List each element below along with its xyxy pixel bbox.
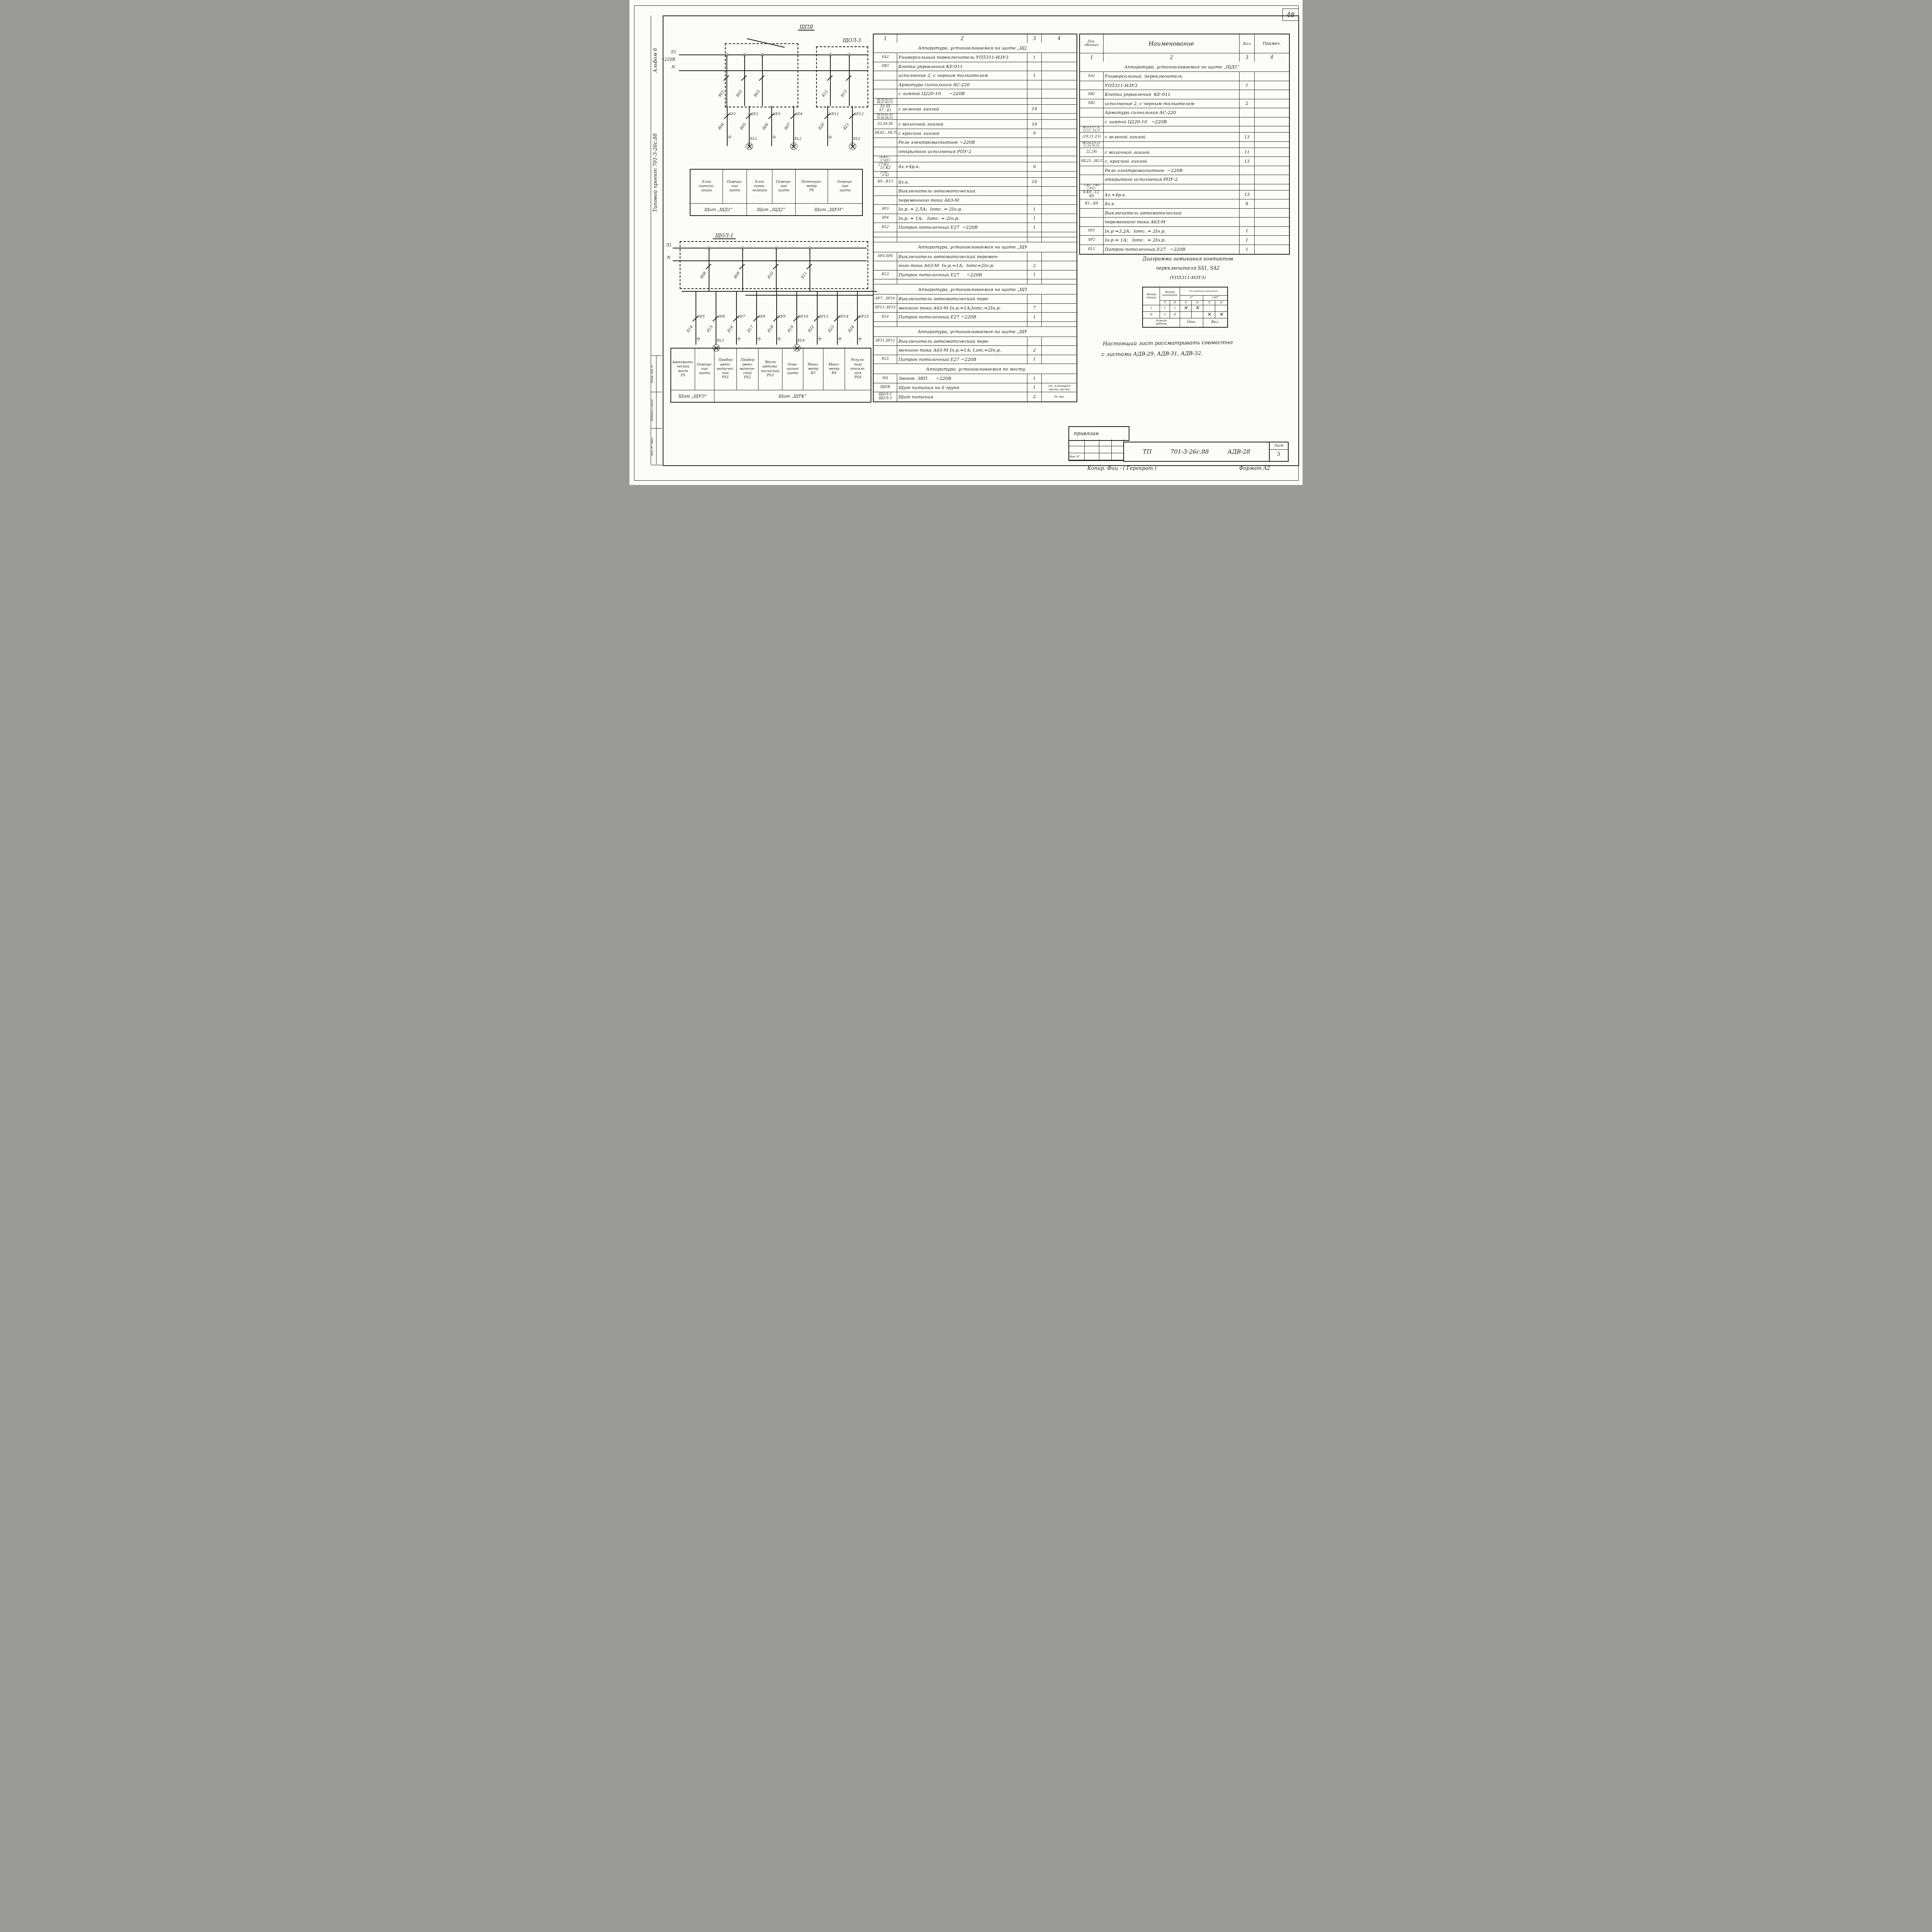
item-description: с молочной линзой xyxy=(898,121,943,127)
table-row: EL4 Патрон потолочный Е27 ~220В 1 xyxy=(874,313,1077,322)
item-designation: HL39,41,43, 45,46,48,50, xyxy=(877,114,893,119)
item-description: Щит питания xyxy=(898,394,933,400)
item-designation: SF2 xyxy=(1088,238,1095,242)
item-description: с, красной линзой xyxy=(1105,158,1147,164)
wire xyxy=(744,54,745,106)
breaker-label: SF13 xyxy=(819,315,828,319)
hdr-position: Положение рукоятки xyxy=(1180,287,1227,296)
note-line-2: с листами АДВ-29, АДВ-31, АДВ-32. xyxy=(1102,350,1203,358)
item-quantity: 1 xyxy=(1033,376,1036,381)
neutral-label: N xyxy=(857,337,863,342)
lp-cell: Л xyxy=(1160,301,1170,305)
table-row: SF13..SF15 менного тока А63-М Iн.р.=1А;I… xyxy=(874,304,1077,313)
panel-footer-row: Щит „ЩД1” Щит „ЩД2” Щит „ЩУН” xyxy=(690,204,862,215)
item-description: Универсальный переключатель xyxy=(1105,73,1182,79)
item-description: Выключатель автоматический xyxy=(898,188,975,194)
table-row xyxy=(874,232,1077,237)
mode-on: Вкл. xyxy=(1203,318,1227,327)
column-number-row: 1 2 3 4 xyxy=(874,34,1077,43)
item-description: Аппаратура, устанавливаемая на щите „ЩД2… xyxy=(897,45,1027,51)
contact-number: 1 xyxy=(1160,305,1170,312)
neutral-label: N xyxy=(817,337,823,342)
format-note: Формат А2 xyxy=(1239,466,1270,471)
item-designation: 53,55 57...61 xyxy=(879,105,891,112)
title-block-grid: Инв. N° xyxy=(1068,439,1124,461)
wire-number: 810 xyxy=(767,271,775,280)
item-quantity: 2 xyxy=(1033,263,1036,268)
wire xyxy=(727,106,728,146)
wire-number: 821 xyxy=(843,122,850,131)
item-quantity: 10 xyxy=(1032,122,1037,127)
item-designation: 14-К11... 17-К11 xyxy=(879,156,891,162)
feeders-shpya: 801 802 803 xyxy=(721,54,769,106)
item-designation: 27-К1... 31-К1 xyxy=(880,172,890,177)
table-row: открытого исполнения РПУ-2 xyxy=(874,147,1077,156)
bus-label-l1: Л1 xyxy=(670,50,676,54)
table-row: 14-К11... 17-К11 xyxy=(874,156,1077,162)
lamp-label: EL3 xyxy=(717,339,724,343)
wire xyxy=(849,54,850,106)
attached-label: привязан xyxy=(1074,431,1099,437)
neutral-label: N xyxy=(837,337,843,342)
item-description: 4з.+4р.к. xyxy=(1105,192,1126,197)
table-row: HL62...HL70 с красной линзой 9 xyxy=(874,129,1077,138)
item-quantity: 13 xyxy=(1244,159,1250,164)
table-row: HL1(3,5,7,9), 11,13...15,17 xyxy=(1080,126,1289,133)
table-row: (19,21,23) с зеленой линзой 13 xyxy=(1080,133,1289,142)
item-description: Арматура сигнальная АС-220 xyxy=(898,82,970,87)
doc-code: АДВ-28 xyxy=(1228,448,1250,455)
item-quantity: 13 xyxy=(1244,134,1250,139)
lamp-group: EL1 xyxy=(743,140,760,153)
table-row: ЩПЯ Щит питания на 6 групп 1 см. электри… xyxy=(874,383,1077,393)
item-description: Аппаратура, устанавливаемая по месту xyxy=(897,366,1027,372)
table-row: Аппаратура, устанавливаемая по месту xyxy=(874,364,1077,374)
breaker-label: SF9 xyxy=(778,315,786,319)
lp-cell: П xyxy=(1192,301,1203,305)
panel-column-header: Регуля- тор отопле- ния PS4 xyxy=(845,349,871,390)
table-row: SB2 исполнение 2, с черным толкателем 2 xyxy=(1080,99,1289,109)
item-designation: 27-К2... 31-К2 xyxy=(878,163,892,170)
table-row: открытого исполнения РПУ-2 xyxy=(1080,175,1289,184)
item-description: Iн.р = 1А; Iотс. = 2Iн.р. xyxy=(1105,237,1166,243)
lamp-group: EL2 xyxy=(788,140,805,153)
item-designation: EL4 xyxy=(882,315,889,319)
item-quantity: 1 xyxy=(1033,225,1036,230)
table-row xyxy=(874,322,1077,327)
hdr-section: Номер секции xyxy=(1143,287,1160,305)
item-quantity: 10 xyxy=(1032,179,1037,184)
panel-column-header: Освеще- ние щита xyxy=(723,170,747,204)
contact-diagram-title-3: (УП5311-И3У3) xyxy=(1114,275,1261,280)
item-description: Патрон потолочный Е27 ~220В xyxy=(898,357,976,362)
panel-column-header: Мано- метр В4 xyxy=(823,349,845,390)
item-designation: EL3 xyxy=(882,272,889,276)
item-description: Патрон потолочный Е27 ~220В xyxy=(898,224,978,230)
bus-label-n: N xyxy=(667,255,670,260)
item-description: Арматура сигнальная АС-220 xyxy=(1105,110,1176,115)
wire-number: 809 xyxy=(733,271,741,280)
item-description: Щит питания на 6 групп xyxy=(898,385,959,390)
table-row: SF4 Iн.р. = 1А; Iотс. = 2Iн.р. 1 xyxy=(874,214,1077,223)
item-description: Аппаратура, устанавливаемая на щите „ЩТК… xyxy=(897,287,1027,292)
project-label: Типовой проект 701-3-26с.88 xyxy=(653,101,661,244)
circuit-branch: SF12 821 EL5 xyxy=(846,106,864,157)
wire-number: 802 xyxy=(736,90,743,98)
panel-name: Щит „ЩУЭ” xyxy=(671,390,714,402)
branches-shol3: SF11 820 N SF12 821 EL5 xyxy=(821,106,864,157)
neutral-label: N xyxy=(696,337,701,342)
item-description: Реле электромагнитное ~220В xyxy=(1105,168,1183,173)
item-designation: SB1 xyxy=(1088,92,1095,96)
item-designation: ЩПЯ xyxy=(880,385,890,389)
panel-label-shol3: ЩОЛ-3 xyxy=(843,37,861,43)
wire xyxy=(830,54,831,106)
bom-table-right: Поз. обознач Наименование Кол Примеч. 1 … xyxy=(1079,34,1290,255)
divider xyxy=(656,429,656,464)
panel-column-header: Мано- метр В3 xyxy=(803,349,823,390)
lamp-icon xyxy=(746,143,753,150)
table-row xyxy=(874,237,1077,242)
panel-label-shol1: ЩОЛ-1 xyxy=(713,233,736,239)
panel-column-header: Блок сигна- лизации xyxy=(747,170,772,204)
wire-number: 805 xyxy=(740,122,747,131)
table-row: 27-К1... 31-К1 xyxy=(874,172,1077,178)
page-number: 48 xyxy=(1287,11,1294,19)
contact-diagram-title-1: Диаграмма замыкания контактов xyxy=(1114,256,1261,262)
contact-diagram-table: Номер секции Номер контакта Положение ру… xyxy=(1142,287,1228,328)
panel-assignment-table-top: Блок сигнали- зацииОсвеще- ние щитаБлок … xyxy=(690,169,863,216)
contact-diagram-title-2: переключателя SA1, SA2 xyxy=(1114,265,1261,271)
grid-row xyxy=(1069,439,1124,446)
circuit-branch: SF11 820 N xyxy=(821,106,840,157)
panel-column-header: Прибор авто- матичес- кий PS1 xyxy=(714,349,737,390)
divider xyxy=(656,392,656,428)
item-quantity: 1 xyxy=(1246,228,1248,233)
item-designation: HL62...HL70 xyxy=(875,131,897,135)
item-designation: К9...К13 xyxy=(878,180,893,184)
item-designation: 8-К9...12-К9 xyxy=(1083,190,1100,198)
drawing-sheet: 48 Альбом 6 Типовой проект 701-3-26с.88 … xyxy=(629,0,1303,485)
table-row: SF2 Iн.р = 1А; Iотс. = 2Iн.р. 1 xyxy=(1080,236,1289,245)
item-quantity: 1 xyxy=(1246,238,1248,243)
table-row: SF11,SF12 Выключатель автоматический пер… xyxy=(874,337,1077,346)
panel-column-header: Прибор авто- матиче- ский PS2 xyxy=(737,349,759,390)
doc-number: 701-3-26с.88 xyxy=(1170,448,1209,455)
margin-stamp-label: Подпись и дата xyxy=(651,393,656,427)
grid-row: Инв. N° xyxy=(1069,453,1124,460)
wire-number: 811 xyxy=(801,271,808,280)
wire xyxy=(776,248,777,291)
header-quantity: Кол xyxy=(1243,42,1250,46)
column-number: 3 xyxy=(1240,53,1255,62)
feeder: 809 xyxy=(736,248,749,291)
column-number: 4 xyxy=(1042,34,1077,43)
panel-footer-row: Щит „ЩУЭ” Щит „ЩТК” xyxy=(671,390,871,402)
panel-label-shpya: ЩПЯ xyxy=(798,24,815,31)
closed-mark: ✕ xyxy=(1180,305,1192,312)
copy-note: Копир. Фиц - ( Герекрат ) xyxy=(1087,466,1156,471)
item-description: с зеленой линзой xyxy=(898,106,939,112)
item-designation: EL5 xyxy=(882,357,889,361)
panel-column-header: Освеще- ние щита xyxy=(695,349,714,390)
item-quantity: 1 xyxy=(1033,357,1036,362)
feeder: 812 xyxy=(824,54,837,106)
item-quantity: 1 xyxy=(1033,315,1036,320)
panel-column-header: Блок сигнали- зации xyxy=(690,170,723,204)
breaker-label: SF8 xyxy=(758,315,765,319)
wire xyxy=(827,106,828,146)
attached-stamp-box: привязан xyxy=(1068,426,1129,441)
table-row: Выключатель автоматический xyxy=(1080,209,1289,218)
item-designation: SF7...SF10 xyxy=(876,297,895,301)
table-row: К1...К8 8з.к. 8 xyxy=(1080,199,1289,209)
item-designation: К1...К8 xyxy=(1085,202,1098,206)
lamp-label: EL1 xyxy=(750,137,757,141)
table-row: 8-К9...12-К9 4з.+4р.к. 13 xyxy=(1080,190,1289,200)
item-description: Патрон потолочный Е27 ~220В xyxy=(898,314,976,320)
item-designation: (19,21,23) xyxy=(1082,135,1100,139)
wire xyxy=(771,106,772,146)
item-quantity: 2 xyxy=(1033,394,1036,399)
circuit-branch: SF4 807 EL2 xyxy=(787,106,806,157)
item-description: 4з.+4р.к. xyxy=(898,164,920,169)
item-description: с лампой Ц220-10 ~220В xyxy=(1105,119,1167,124)
item-designation: 22,24) xyxy=(1086,150,1097,154)
table-row: переменного тока А63-М xyxy=(874,196,1077,205)
wire-number: 813 xyxy=(840,90,848,98)
panel-column-header: Освеще- ние щита xyxy=(828,170,862,204)
circuit-branch: SF2 805 EL1 xyxy=(743,106,761,157)
contact-number: 4 xyxy=(1170,312,1180,318)
item-description: с лампой Ц220-10 ~220В xyxy=(898,91,965,96)
panel-name: Щит „ЩД1” xyxy=(690,204,747,215)
table-row xyxy=(874,279,1077,284)
closed-mark: ✕ xyxy=(1203,312,1215,318)
panel-column-header: Освеще- ние щита xyxy=(772,170,796,204)
bom-table-center: 1 2 3 4 Аппаратура, устанавливаемая на щ… xyxy=(873,34,1077,402)
neutral-label: N xyxy=(772,135,777,140)
panel-column-header: Осве- щение щита xyxy=(782,349,803,390)
header-designation: Поз. обознач xyxy=(1085,40,1099,47)
breaker-label: SF2 xyxy=(751,112,758,116)
neutral-label: N xyxy=(757,337,762,342)
item-description: Реле электромагнитное ~220В xyxy=(898,139,975,145)
item-designation: SB3 xyxy=(882,64,889,68)
breaker-label: SF5 xyxy=(697,315,705,319)
closed-mark xyxy=(1215,305,1227,312)
item-designation: SF5,SF6 xyxy=(878,254,893,258)
contact-number: 2 xyxy=(1170,305,1180,312)
item-designation: 1-К9...7-К9 1-К10, xyxy=(1084,184,1099,190)
item-description: с зеленой линзой xyxy=(1105,134,1146,139)
item-designation: 52,54,56 xyxy=(878,122,893,126)
table-row: Аппаратура, устанавливаемая на щите „ЩТК… xyxy=(874,284,1077,294)
item-description: Выключатель автоматический перемен- xyxy=(898,254,998,259)
table-row: исполнение 2, с черным толкателем 1 xyxy=(874,71,1077,80)
item-quantity: 2 xyxy=(1246,101,1248,106)
breaker-label: SF1 xyxy=(729,112,736,116)
page-number-box: 48 xyxy=(1282,9,1299,21)
column-number: 1 xyxy=(1080,53,1104,62)
item-description: менного тока А63-М Iн.р.=1А;Iотс.=2Iн.р. xyxy=(898,305,1001,311)
breaker-label: SF7 xyxy=(738,315,745,319)
table-row: HL38,40,42, 44,47,49,51, xyxy=(874,99,1077,105)
lamp-group: EL5 xyxy=(847,140,864,153)
table-row: ного тока А63-М Iн.р.=1А; Iотс=2Iн.р. 2 xyxy=(874,261,1077,270)
panel-column-header: Мост автома- тический PS3 xyxy=(759,349,782,390)
breaker-label: SF14 xyxy=(839,315,849,319)
item-designation: SF1 xyxy=(1088,229,1095,233)
lamp-icon xyxy=(790,143,798,150)
header-note: Примеч. xyxy=(1263,41,1281,46)
panel-header-row: Блок сигнали- зацииОсвеще- ние щитаБлок … xyxy=(690,170,862,204)
item-description: исполнение 2, с черным толкателем xyxy=(898,73,988,78)
item-description: 8з.к. xyxy=(898,179,909,185)
item-description: Выключатель автоматический пере- xyxy=(898,338,989,344)
table-row: EL1 Патрон потолочный Е27 ~220В 1 xyxy=(1080,245,1289,254)
item-quantity: 9 xyxy=(1033,164,1036,169)
mode-label: Режим работы xyxy=(1143,318,1180,327)
table-row: 22,24) с молочной линзой 11 xyxy=(1080,148,1289,157)
neutral-label: N xyxy=(727,135,733,140)
item-description: УП5311-И3У3 xyxy=(1105,83,1137,88)
document-designation: ТП 701-3-26с.88 АДВ-28 xyxy=(1124,442,1269,461)
item-quantity: 1 xyxy=(1033,55,1036,60)
title-stamp: ТП 701-3-26с.88 АДВ-28 Лист 5 xyxy=(1123,442,1289,462)
table-row: Выключатель автоматический xyxy=(874,187,1077,196)
table-row: SA1 Универсальный переключатель xyxy=(1080,72,1289,81)
hdr-angle-45: +45° xyxy=(1203,296,1227,301)
item-description: Патрон потолочный Е27 ~220В xyxy=(898,272,982,277)
contact-header-row-1: Номер секции Номер контакта Положение ру… xyxy=(1143,287,1227,296)
item-note: То же xyxy=(1054,395,1065,398)
header-name: Наименование xyxy=(1148,40,1194,47)
doc-prefix: ТП xyxy=(1143,448,1151,455)
column-number: 1 xyxy=(874,34,897,43)
item-designation: SF13..SF15 xyxy=(875,306,895,310)
table-row: EL3 Патрон потолочный Е27 ~220В 1 xyxy=(874,270,1077,280)
table-row: SB3 Кнопка управления КЕ-011 xyxy=(874,62,1077,71)
item-quantity: 1 xyxy=(1033,385,1036,390)
panel-name: Щит „ЩТК” xyxy=(714,390,871,402)
feeders-shol3: 812 813 xyxy=(824,54,855,106)
item-description: Iн.р. = 1А; Iотс. = 2Iн.р. xyxy=(898,216,959,221)
closed-mark xyxy=(1192,312,1203,318)
item-designation: SF3 xyxy=(882,207,889,211)
item-description: Звонок ЗВП. ~220В xyxy=(898,376,951,381)
feeder: 810 xyxy=(770,248,782,291)
item-quantity: 1 xyxy=(1033,207,1036,212)
bus-label-n: N xyxy=(672,65,675,70)
item-designation: SF4 xyxy=(882,216,889,220)
item-description: исполнение 2, с черным толкателем xyxy=(1105,101,1194,106)
sheet-label: Лист xyxy=(1270,442,1288,450)
item-designation: EL2 xyxy=(882,225,889,229)
wire-number: 807 xyxy=(784,122,792,131)
item-designation: SA2 xyxy=(882,55,889,59)
item-quantity: 7 xyxy=(1033,305,1036,310)
item-description: Кнопка управления КЕ-011 xyxy=(898,64,963,69)
wire-number: 806 xyxy=(762,122,769,131)
item-description: с молочной линзой xyxy=(1105,150,1150,155)
item-designation: SA1 xyxy=(1088,74,1095,78)
table-row: 52,54,56 с молочной линзой 10 xyxy=(874,120,1077,129)
lp-cell: П xyxy=(1170,301,1180,305)
item-quantity: 13 xyxy=(1244,192,1250,197)
column-number: 4 xyxy=(1255,53,1289,62)
item-description: Аппаратура, устанавливаемая на щите „ЩД1… xyxy=(1104,64,1240,70)
panel-column-header: Автомати- ческий мост PS xyxy=(671,349,695,390)
lp-cell: Л xyxy=(1203,301,1215,305)
grid-row xyxy=(1069,446,1124,453)
column-number-row: 1 2 3 4 xyxy=(1080,53,1289,62)
contact-row: I 1 2 ✕ ✕ xyxy=(1143,305,1227,312)
item-designation: HL1(3,5,7,9), 11,13...15,17 xyxy=(1083,126,1100,132)
item-description: Патрон потолочный Е27 ~220В xyxy=(1105,247,1185,252)
section-number: I xyxy=(1143,305,1160,312)
item-description: Аппаратура, устанавливаемая на щите „ЩУЭ… xyxy=(897,244,1027,250)
lp-cell: П xyxy=(1215,301,1227,305)
wire-number: 803 xyxy=(753,90,761,98)
item-quantity: 14 xyxy=(1032,106,1037,111)
table-row: менного тока А63-М Iн.р.=1А; I.от.=2Iн.р… xyxy=(874,346,1077,355)
table-row: HL25...HL37 с, красной линзой 13 xyxy=(1080,157,1289,166)
table-row: Аппаратура, устанавливаемая на щите „ЩД2… xyxy=(874,43,1077,53)
closed-mark: ✕ xyxy=(1215,312,1227,318)
bus-label-voltage: ~220В xyxy=(661,57,675,62)
item-designation: HL25...HL37 xyxy=(1081,159,1104,163)
item-note: см. электрич часть пр-та xyxy=(1048,384,1070,391)
wire xyxy=(742,248,743,291)
circuit-branch: SF1 804 N xyxy=(721,106,739,157)
table-row: 1-К9...7-К9 1-К10, xyxy=(1080,184,1289,190)
item-designation: HL2(4,6,8,10, 12,16,18,20, xyxy=(1082,142,1101,148)
contact-footer-row: Режим работы Отк. Вкл. xyxy=(1143,318,1227,327)
panel-name: Щит „ЩД2” xyxy=(747,204,796,215)
wire xyxy=(762,54,763,106)
lamp-icon xyxy=(849,143,856,150)
hdr-contact: Номер контакта xyxy=(1160,287,1180,301)
contact-number: 3 xyxy=(1160,312,1170,318)
table-row: SF3 Iн.р. = 2,5А; Iотс. = 2Iн.р. 1 xyxy=(874,205,1077,214)
table-row: SF7...SF10 Выключатель автоматический пе… xyxy=(874,294,1077,304)
neutral-label: N xyxy=(736,337,742,342)
item-quantity: 11 xyxy=(1244,150,1250,155)
item-designation: HL38,40,42, 44,47,49,51, xyxy=(877,99,893,104)
item-quantity: 1 xyxy=(1033,216,1036,221)
closed-mark xyxy=(1203,305,1215,312)
item-description: открытого исполнения РПУ-2 xyxy=(1105,177,1178,182)
table-row: HL39,41,43, 45,46,48,50, xyxy=(874,114,1077,120)
item-description: Выключатель автоматический пере- xyxy=(898,296,989,301)
margin-stamp-label: Взам. инв. N xyxy=(651,357,656,391)
item-description: менного тока А63-М Iн.р.=1А; I.от.=2Iн.р… xyxy=(898,347,1001,353)
table-row: УП5311-И3У3 1 xyxy=(1080,81,1289,90)
neutral-label: N xyxy=(777,337,782,342)
breaker-label: SF3 xyxy=(773,112,781,116)
item-quantity: 1 xyxy=(1246,83,1248,88)
table-row: с лампой Ц220-10 ~220В xyxy=(874,89,1077,99)
breaker-label: SF15 xyxy=(859,315,869,319)
item-quantity: 1 xyxy=(1033,272,1036,277)
item-description: открытого исполнения РПУ-2 xyxy=(898,149,971,154)
column-number: 2 xyxy=(897,34,1027,43)
item-description: Кнопка управления КЕ-011 xyxy=(1105,92,1170,97)
mode-off: Отк. xyxy=(1180,318,1203,327)
column-number: 2 xyxy=(1104,53,1240,62)
lamp-label: EL5 xyxy=(853,137,860,141)
